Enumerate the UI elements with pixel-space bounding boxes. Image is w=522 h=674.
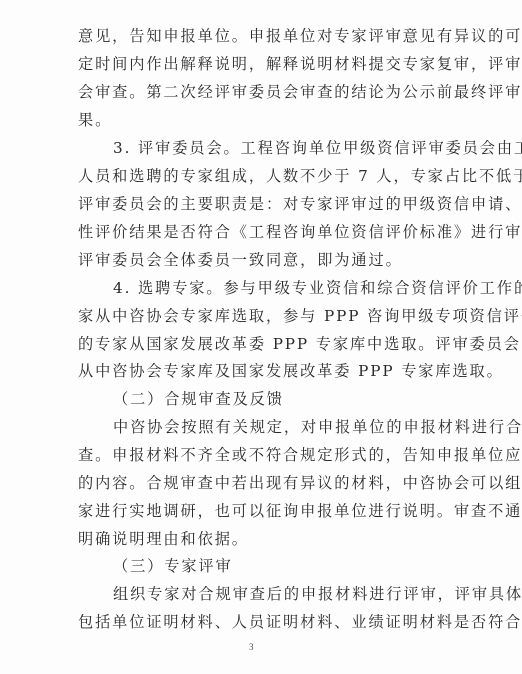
paragraph-line: 中咨协会按照有关规定，对申报单位的申报材料进行合规审	[113, 418, 442, 436]
item-4-experts: 4. 选聘专家。参与甲级专业资信和综合资信评价工作的专	[113, 279, 442, 297]
paragraph-line: 的内容。合规审查中若出现有异议的材料，中咨协会可以组织专	[78, 474, 442, 492]
paragraph-line: 意见，告知申报单位。申报单位对专家评审意见有异议的可在规	[78, 27, 442, 45]
paragraph-line: 家进行实地调研，也可以征询申报单位进行说明。审查不通过的，	[78, 502, 442, 520]
paragraph-line: 明确说明理由和依据。	[78, 530, 442, 548]
section-heading-expert-review: （三）专家评审	[113, 557, 233, 575]
paragraph-line: 查。申报材料不齐全或不符合规定形式的，告知申报单位应补正	[78, 446, 442, 464]
paragraph-line: 包括单位证明材料、人员证明材料、业绩证明材料是否符合条件。	[78, 613, 442, 631]
paragraph-line: 果。	[78, 111, 442, 129]
paragraph-line: 会审查。第二次经评审委员会审查的结论为公示前最终评审结	[78, 83, 442, 101]
paragraph-line: 的专家从国家发展改革委 PPP 专家库中选取。评审委员会的专家	[78, 335, 442, 353]
paragraph-line: 人员和选聘的专家组成，人数不少于 7 人，专家占比不低于 50%。	[78, 167, 442, 185]
paragraph-line: 定时间内作出解释说明，解释说明材料提交专家复审，评审委员	[78, 55, 442, 73]
item-3-committee: 3. 评审委员会。工程咨询单位甲级资信评审委员会由工作	[113, 139, 442, 157]
section-heading-compliance-review: （二）合规审查及反馈	[113, 390, 284, 408]
paragraph-line: 性评价结果是否符合《工程咨询单位资信评价标准》进行审查。	[78, 223, 442, 241]
page-number: 3	[249, 642, 254, 652]
paragraph-line: 评审委员会的主要职责是：对专家评审过的甲级资信申请、一致	[78, 195, 442, 213]
document-page: 意见，告知申报单位。申报单位对专家评审意见有异议的可在规 定时间内作出解释说明，…	[0, 0, 522, 674]
paragraph-line: 组织专家对合规审查后的申报材料进行评审，评审具体内容	[113, 585, 442, 603]
paragraph-line: 从中咨协会专家库及国家发展改革委 PPP 专家库选取。	[78, 362, 442, 380]
paragraph-line: 评审委员会全体委员一致同意，即为通过。	[78, 251, 442, 269]
paragraph-line: 家从中咨协会专家库选取，参与 PPP 咨询甲级专项资信评价工作	[78, 307, 442, 325]
